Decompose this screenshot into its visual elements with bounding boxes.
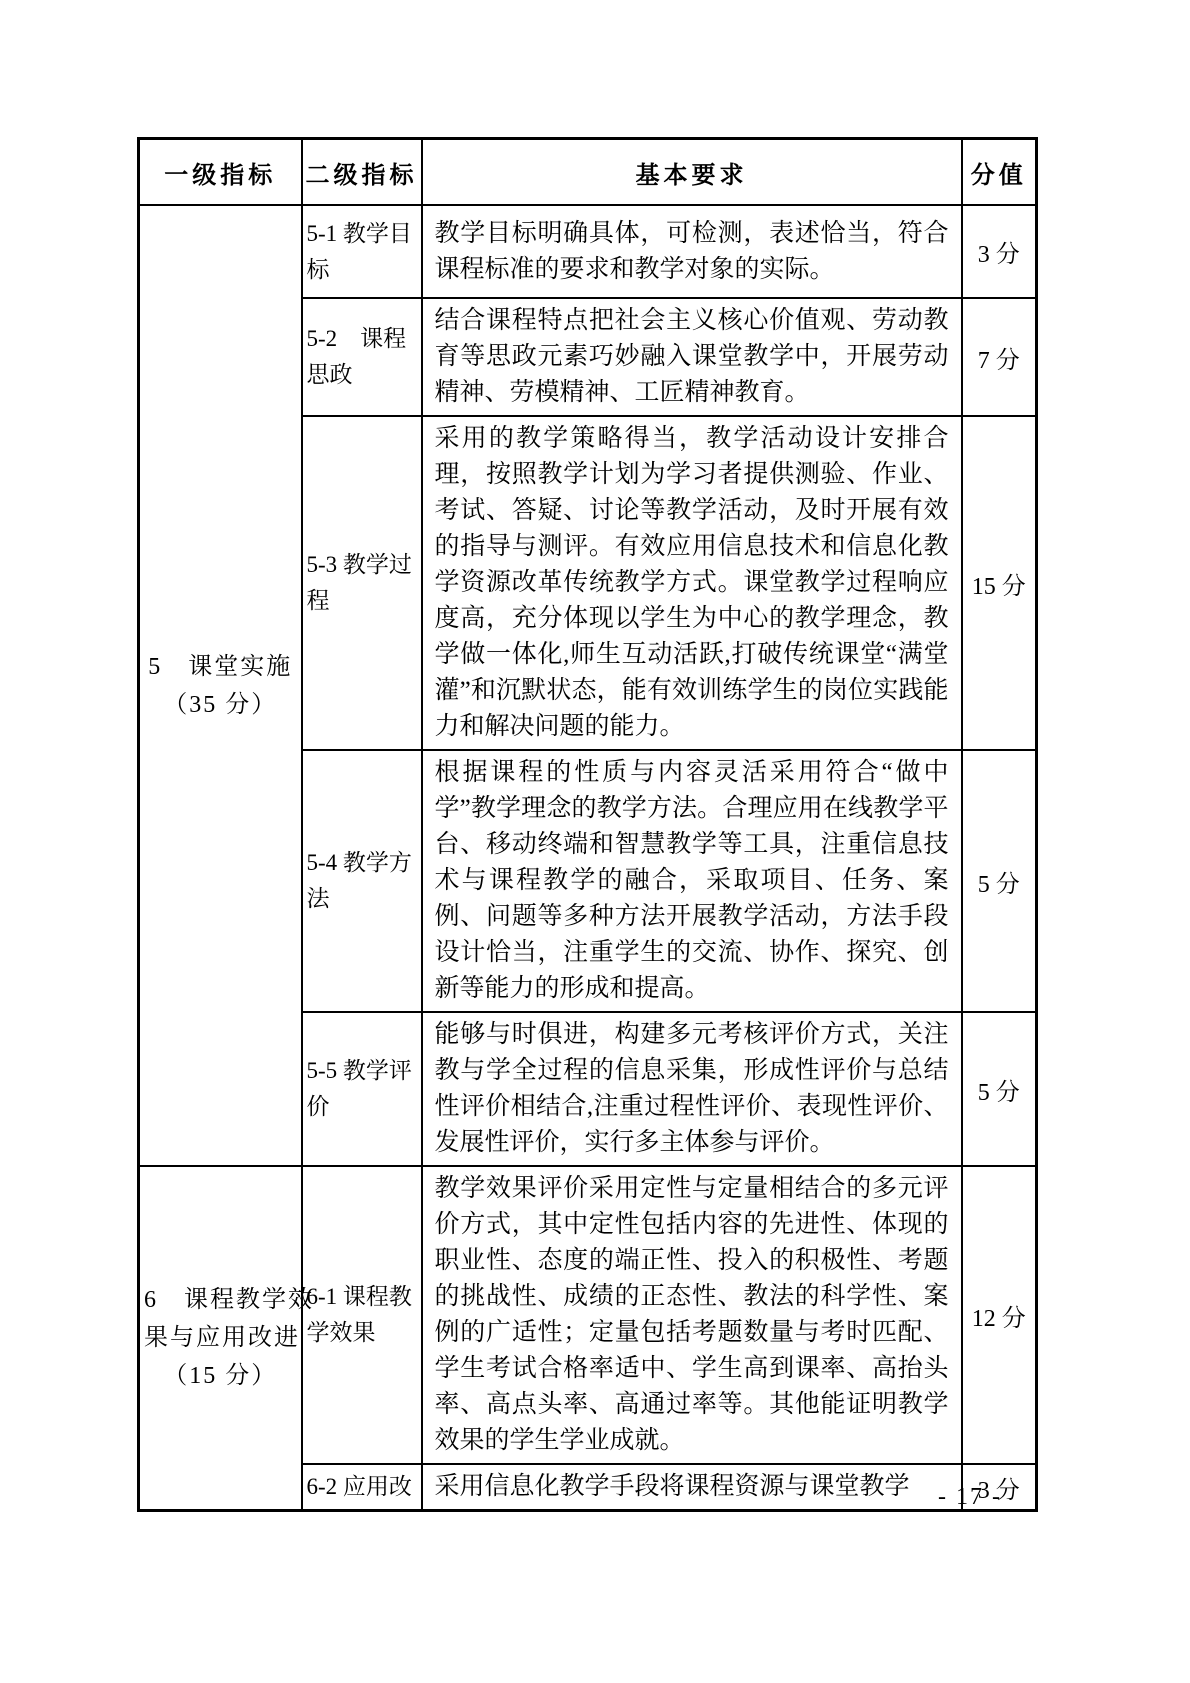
basic-requirement-cell: 结合课程特点把社会主义核心价值观、劳动教育等思政元素巧妙融入课堂教学中，开展劳动… bbox=[422, 298, 962, 416]
level1-indicator-cell: 5 课堂实施（35 分） bbox=[139, 205, 302, 1166]
level1-indicator-line: 果与应用改进 bbox=[144, 1319, 297, 1357]
score-cell: 5 分 bbox=[962, 1012, 1037, 1166]
evaluation-table: 一级指标二级指标基本要求分值 5 课堂实施（35 分）5-1 教学目标教学目标明… bbox=[137, 137, 1038, 1512]
table-header-row: 一级指标二级指标基本要求分值 bbox=[139, 139, 1037, 206]
basic-requirement-cell: 采用的教学策略得当，教学活动设计安排合理，按照教学计划为学习者提供测验、作业、考… bbox=[422, 416, 962, 750]
score-cell: 15 分 bbox=[962, 416, 1037, 750]
level1-indicator-line: 6 课程教学效 bbox=[144, 1281, 297, 1319]
level1-indicator-line: （35 分） bbox=[144, 686, 297, 724]
column-header-level1-indicator: 一级指标 bbox=[139, 139, 302, 206]
column-header-basic-requirement: 基本要求 bbox=[422, 139, 962, 206]
page-number: - 17 - bbox=[905, 1484, 1035, 1511]
level2-indicator-cell: 6-1 课程教学效果 bbox=[302, 1166, 422, 1464]
basic-requirement-cell: 教学效果评价采用定性与定量相结合的多元评价方式，其中定性包括内容的先进性、体现的… bbox=[422, 1166, 962, 1464]
column-header-score: 分值 bbox=[962, 139, 1037, 206]
level1-indicator-cell: 6 课程教学效果与应用改进（15 分） bbox=[139, 1166, 302, 1511]
basic-requirement-cell: 能够与时俱进，构建多元考核评价方式，关注教与学全过程的信息采集，形成性评价与总结… bbox=[422, 1012, 962, 1166]
score-cell: 3 分 bbox=[962, 205, 1037, 298]
table-header: 一级指标二级指标基本要求分值 bbox=[139, 139, 1037, 206]
score-cell: 7 分 bbox=[962, 298, 1037, 416]
basic-requirement-cell: 根据课程的性质与内容灵活采用符合“做中学”教学理念的教学方法。合理应用在线教学平… bbox=[422, 750, 962, 1012]
column-header-level2-indicator: 二级指标 bbox=[302, 139, 422, 206]
level2-indicator-cell: 5-3 教学过程 bbox=[302, 416, 422, 750]
level2-indicator-cell: 6-2 应用改 bbox=[302, 1464, 422, 1511]
basic-requirement-cell: 教学目标明确具体，可检测，表述恰当，符合课程标准的要求和教学对象的实际。 bbox=[422, 205, 962, 298]
table-row: 5 课堂实施（35 分）5-1 教学目标教学目标明确具体，可检测，表述恰当，符合… bbox=[139, 205, 1037, 298]
level2-indicator-cell: 5-1 教学目标 bbox=[302, 205, 422, 298]
table-row: 6 课程教学效果与应用改进（15 分）6-1 课程教学效果教学效果评价采用定性与… bbox=[139, 1166, 1037, 1464]
level2-indicator-cell: 5-4 教学方法 bbox=[302, 750, 422, 1012]
basic-requirement-cell: 采用信息化教学手段将课程资源与课堂教学 bbox=[422, 1464, 962, 1511]
level1-indicator-line: （15 分） bbox=[144, 1357, 297, 1395]
level2-indicator-cell: 5-5 教学评价 bbox=[302, 1012, 422, 1166]
level2-indicator-cell: 5-2 课程思政 bbox=[302, 298, 422, 416]
score-cell: 12 分 bbox=[962, 1166, 1037, 1464]
score-cell: 5 分 bbox=[962, 750, 1037, 1012]
level1-indicator-line: 5 课堂实施 bbox=[144, 648, 297, 686]
document-page: 一级指标二级指标基本要求分值 5 课堂实施（35 分）5-1 教学目标教学目标明… bbox=[0, 0, 1190, 1683]
